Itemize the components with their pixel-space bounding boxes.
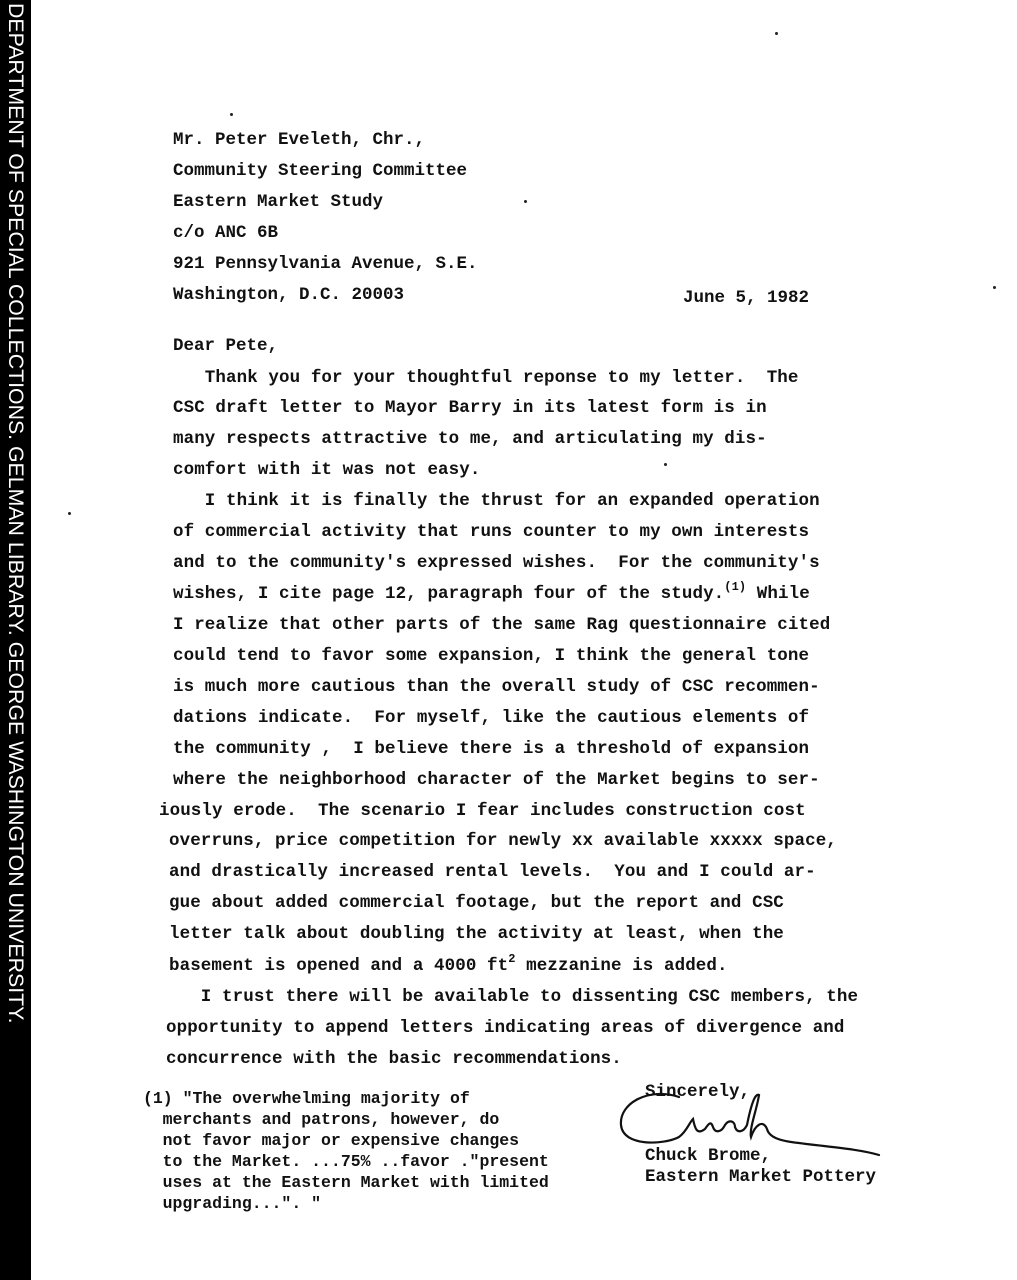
footnote-marker: (1)	[724, 580, 746, 594]
body-line: I think it is finally the thrust for an …	[173, 491, 820, 511]
address-line: Washington, D.C. 20003	[173, 285, 404, 305]
speck	[68, 512, 71, 515]
body-line: where the neighborhood character of the …	[173, 770, 820, 790]
body-line: comfort with it was not easy.	[173, 460, 480, 480]
body-text: wishes, I cite page 12, paragraph four o…	[173, 584, 724, 604]
body-line: and drastically increased rental levels.…	[169, 862, 816, 882]
body-line: of commercial activity that runs counter…	[173, 522, 809, 542]
speck	[524, 200, 527, 203]
body-line: Thank you for your thoughtful reponse to…	[173, 368, 799, 388]
address-line: 921 Pennsylvania Avenue, S.E.	[173, 254, 478, 274]
body-line: could tend to favor some expansion, I th…	[173, 646, 809, 666]
body-line: opportunity to append letters indicating…	[166, 1018, 845, 1038]
footnote-line: (1) "The overwhelming majority of	[143, 1089, 470, 1109]
address-line: Eastern Market Study	[173, 192, 383, 212]
speck	[230, 113, 233, 116]
signature-org: Eastern Market Pottery	[645, 1167, 876, 1187]
body-line: iously erode. The scenario I fear includ…	[159, 801, 806, 821]
body-text: mezzanine is added.	[516, 956, 728, 976]
footnote-line: upgrading...". "	[123, 1194, 321, 1214]
speck	[993, 286, 996, 289]
address-line: Community Steering Committee	[173, 161, 467, 181]
body-line: is much more cautious than the overall s…	[173, 677, 820, 697]
letter-page: Mr. Peter Eveleth, Chr., Community Steer…	[31, 0, 1017, 1280]
footnote-line: not favor major or expensive changes	[123, 1131, 519, 1151]
body-line: letter talk about doubling the activity …	[169, 924, 784, 944]
footnote-line: uses at the Eastern Market with limited	[123, 1173, 549, 1193]
speck	[664, 463, 667, 466]
body-text: While	[746, 584, 810, 604]
body-line: the community , I believe there is a thr…	[173, 739, 809, 759]
body-line: I trust there will be available to disse…	[169, 987, 858, 1007]
body-line: CSC draft letter to Mayor Barry in its l…	[173, 398, 767, 418]
body-line: I realize that other parts of the same R…	[173, 615, 830, 635]
archive-stamp: DEPARTMENT OF SPECIAL COLLECTIONS. GELMA…	[0, 0, 31, 1280]
superscript: 2	[508, 952, 515, 966]
footnote-line: merchants and patrons, however, do	[123, 1110, 499, 1130]
body-line: dations indicate. For myself, like the c…	[173, 708, 809, 728]
letter-date: June 5, 1982	[683, 288, 809, 308]
archive-margin: DEPARTMENT OF SPECIAL COLLECTIONS. GELMA…	[0, 0, 31, 1280]
body-line: many respects attractive to me, and arti…	[173, 429, 767, 449]
address-line: Mr. Peter Eveleth, Chr.,	[173, 130, 425, 150]
body-line: wishes, I cite page 12, paragraph four o…	[173, 584, 810, 604]
body-line: gue about added commercial footage, but …	[169, 893, 784, 913]
footnote-line: to the Market. ...75% ..favor ."present	[123, 1152, 549, 1172]
speck	[775, 32, 778, 35]
body-line: basement is opened and a 4000 ft2 mezzan…	[169, 956, 728, 976]
body-text: basement is opened and a 4000 ft	[169, 956, 508, 976]
body-line: concurrence with the basic recommendatio…	[166, 1049, 622, 1069]
body-line: overruns, price competition for newly xx…	[169, 831, 837, 851]
signature-name: Chuck Brome,	[645, 1146, 771, 1166]
address-line: c/o ANC 6B	[173, 223, 278, 243]
salutation: Dear Pete,	[173, 336, 278, 356]
body-line: and to the community's expressed wishes.…	[173, 553, 820, 573]
